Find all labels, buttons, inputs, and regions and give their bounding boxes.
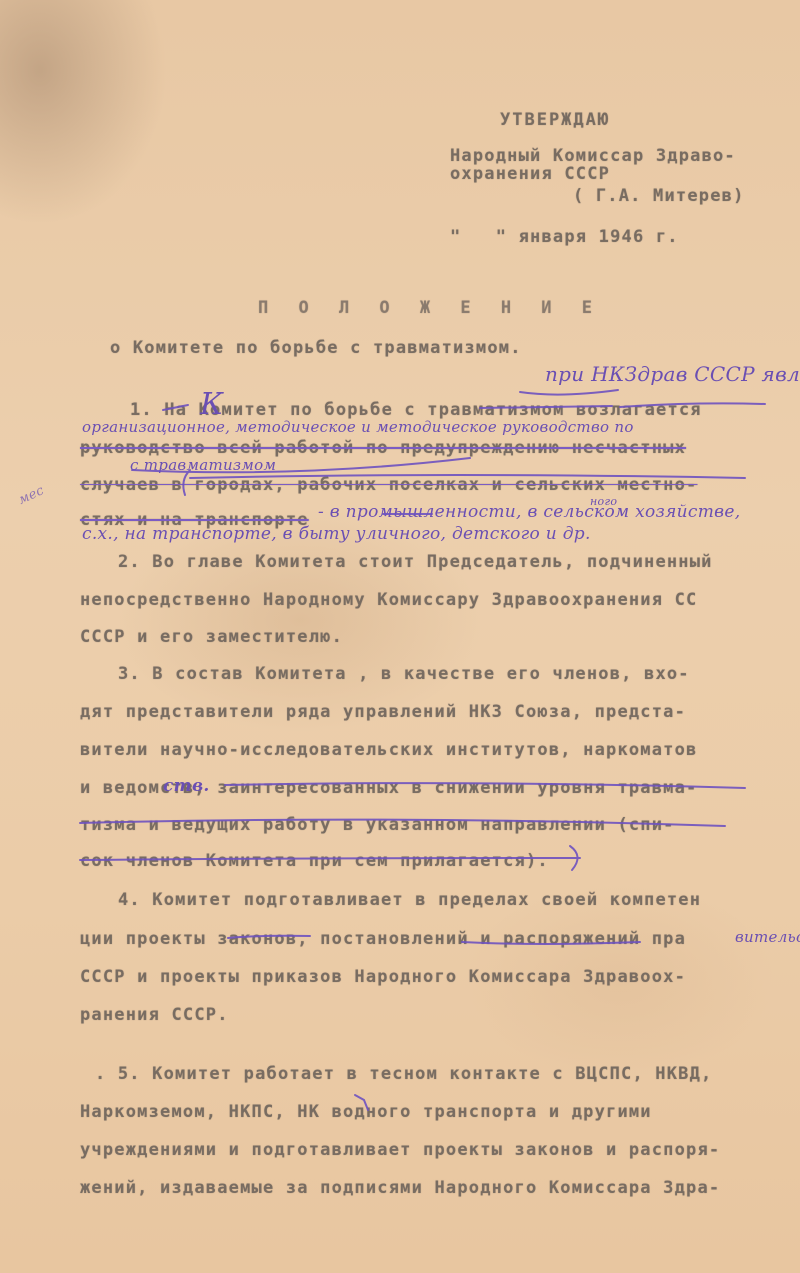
- section-1-line-2: руководство всей работой по предупрежден…: [80, 438, 686, 458]
- section-3-line-1: 3. В состав Комитета , в качестве его чл…: [118, 664, 690, 684]
- section-4-line-4: ранения СССР.: [80, 1005, 229, 1025]
- section-2-line-3: СССР и его заместителю.: [80, 627, 343, 647]
- section-1-line-1: 1. На Комитет по борьбе с травматизмом в…: [130, 400, 702, 420]
- section-1-line-1-text: 1. На Комитет по борьбе с травматизмом в…: [130, 400, 702, 420]
- section-5-line-4: жений, издаваемые за подписями Народного…: [80, 1178, 720, 1198]
- document-page: УТВЕРЖДАЮ Народный Комиссар Здраво- охра…: [0, 0, 800, 1273]
- handwritten-correction-section-4: вительства: [735, 928, 800, 946]
- handwritten-insert-2: с травматизмом: [130, 456, 276, 474]
- handwritten-above-section-1: при НКЗдрав СССР явлений: [545, 362, 800, 386]
- handwritten-margin-note: мес: [16, 483, 46, 508]
- handwritten-insert-4: с.х., на транспорте, в быту уличного, де…: [82, 524, 591, 544]
- section-1-line-3: случаев в городах, рабочих поселках и се…: [80, 475, 697, 495]
- handwritten-insert-1: организационное, методическое и методиче…: [82, 418, 634, 436]
- section-3-line-3: вители научно-исследовательских институт…: [80, 740, 697, 760]
- approval-heading: УТВЕРЖДАЮ: [500, 110, 610, 130]
- section-5-line-3: учреждениями и подготавливает проекты за…: [80, 1140, 720, 1160]
- section-4-line-3: СССР и проекты приказов Народного Комисс…: [80, 967, 686, 987]
- section-5-line-2: Наркомземом, НКПС, НК водного транспорта…: [80, 1102, 652, 1122]
- section-5-line-1: . 5. Комитет работает в тесном контакте …: [95, 1064, 712, 1084]
- section-4-line-1: 4. Комитет подготавливает в пределах сво…: [118, 890, 701, 910]
- approval-line-2: охранения СССР: [450, 164, 610, 184]
- section-3-line-5: тизма и ведущих работу в указанном напра…: [80, 815, 675, 835]
- section-2-line-2: непосредственно Народному Комиссару Здра…: [80, 590, 697, 610]
- handwritten-insert-3: - в промышленности, в сельском хозяйстве…: [318, 502, 740, 522]
- handwritten-correction-section-3: ств.: [163, 776, 210, 796]
- section-3-line-2: дят представители ряда управлений НКЗ Со…: [80, 702, 686, 722]
- document-subtitle: о Комитете по борьбе с травматизмом.: [110, 338, 522, 358]
- approval-signatory: ( Г.А. Митерев): [573, 186, 745, 206]
- document-title: П О Л О Ж Е Н И Е: [258, 298, 602, 318]
- section-2-line-1: 2. Во главе Комитета стоит Председатель,…: [118, 552, 713, 572]
- section-4-line-2: ции проекты законов, постановлений и рас…: [80, 929, 686, 949]
- approval-date: " " января 1946 г.: [450, 227, 679, 247]
- section-3-line-6: сок членов Комитета при сем прилагается)…: [80, 851, 549, 871]
- approval-line-1: Народный Комиссар Здраво-: [450, 146, 736, 166]
